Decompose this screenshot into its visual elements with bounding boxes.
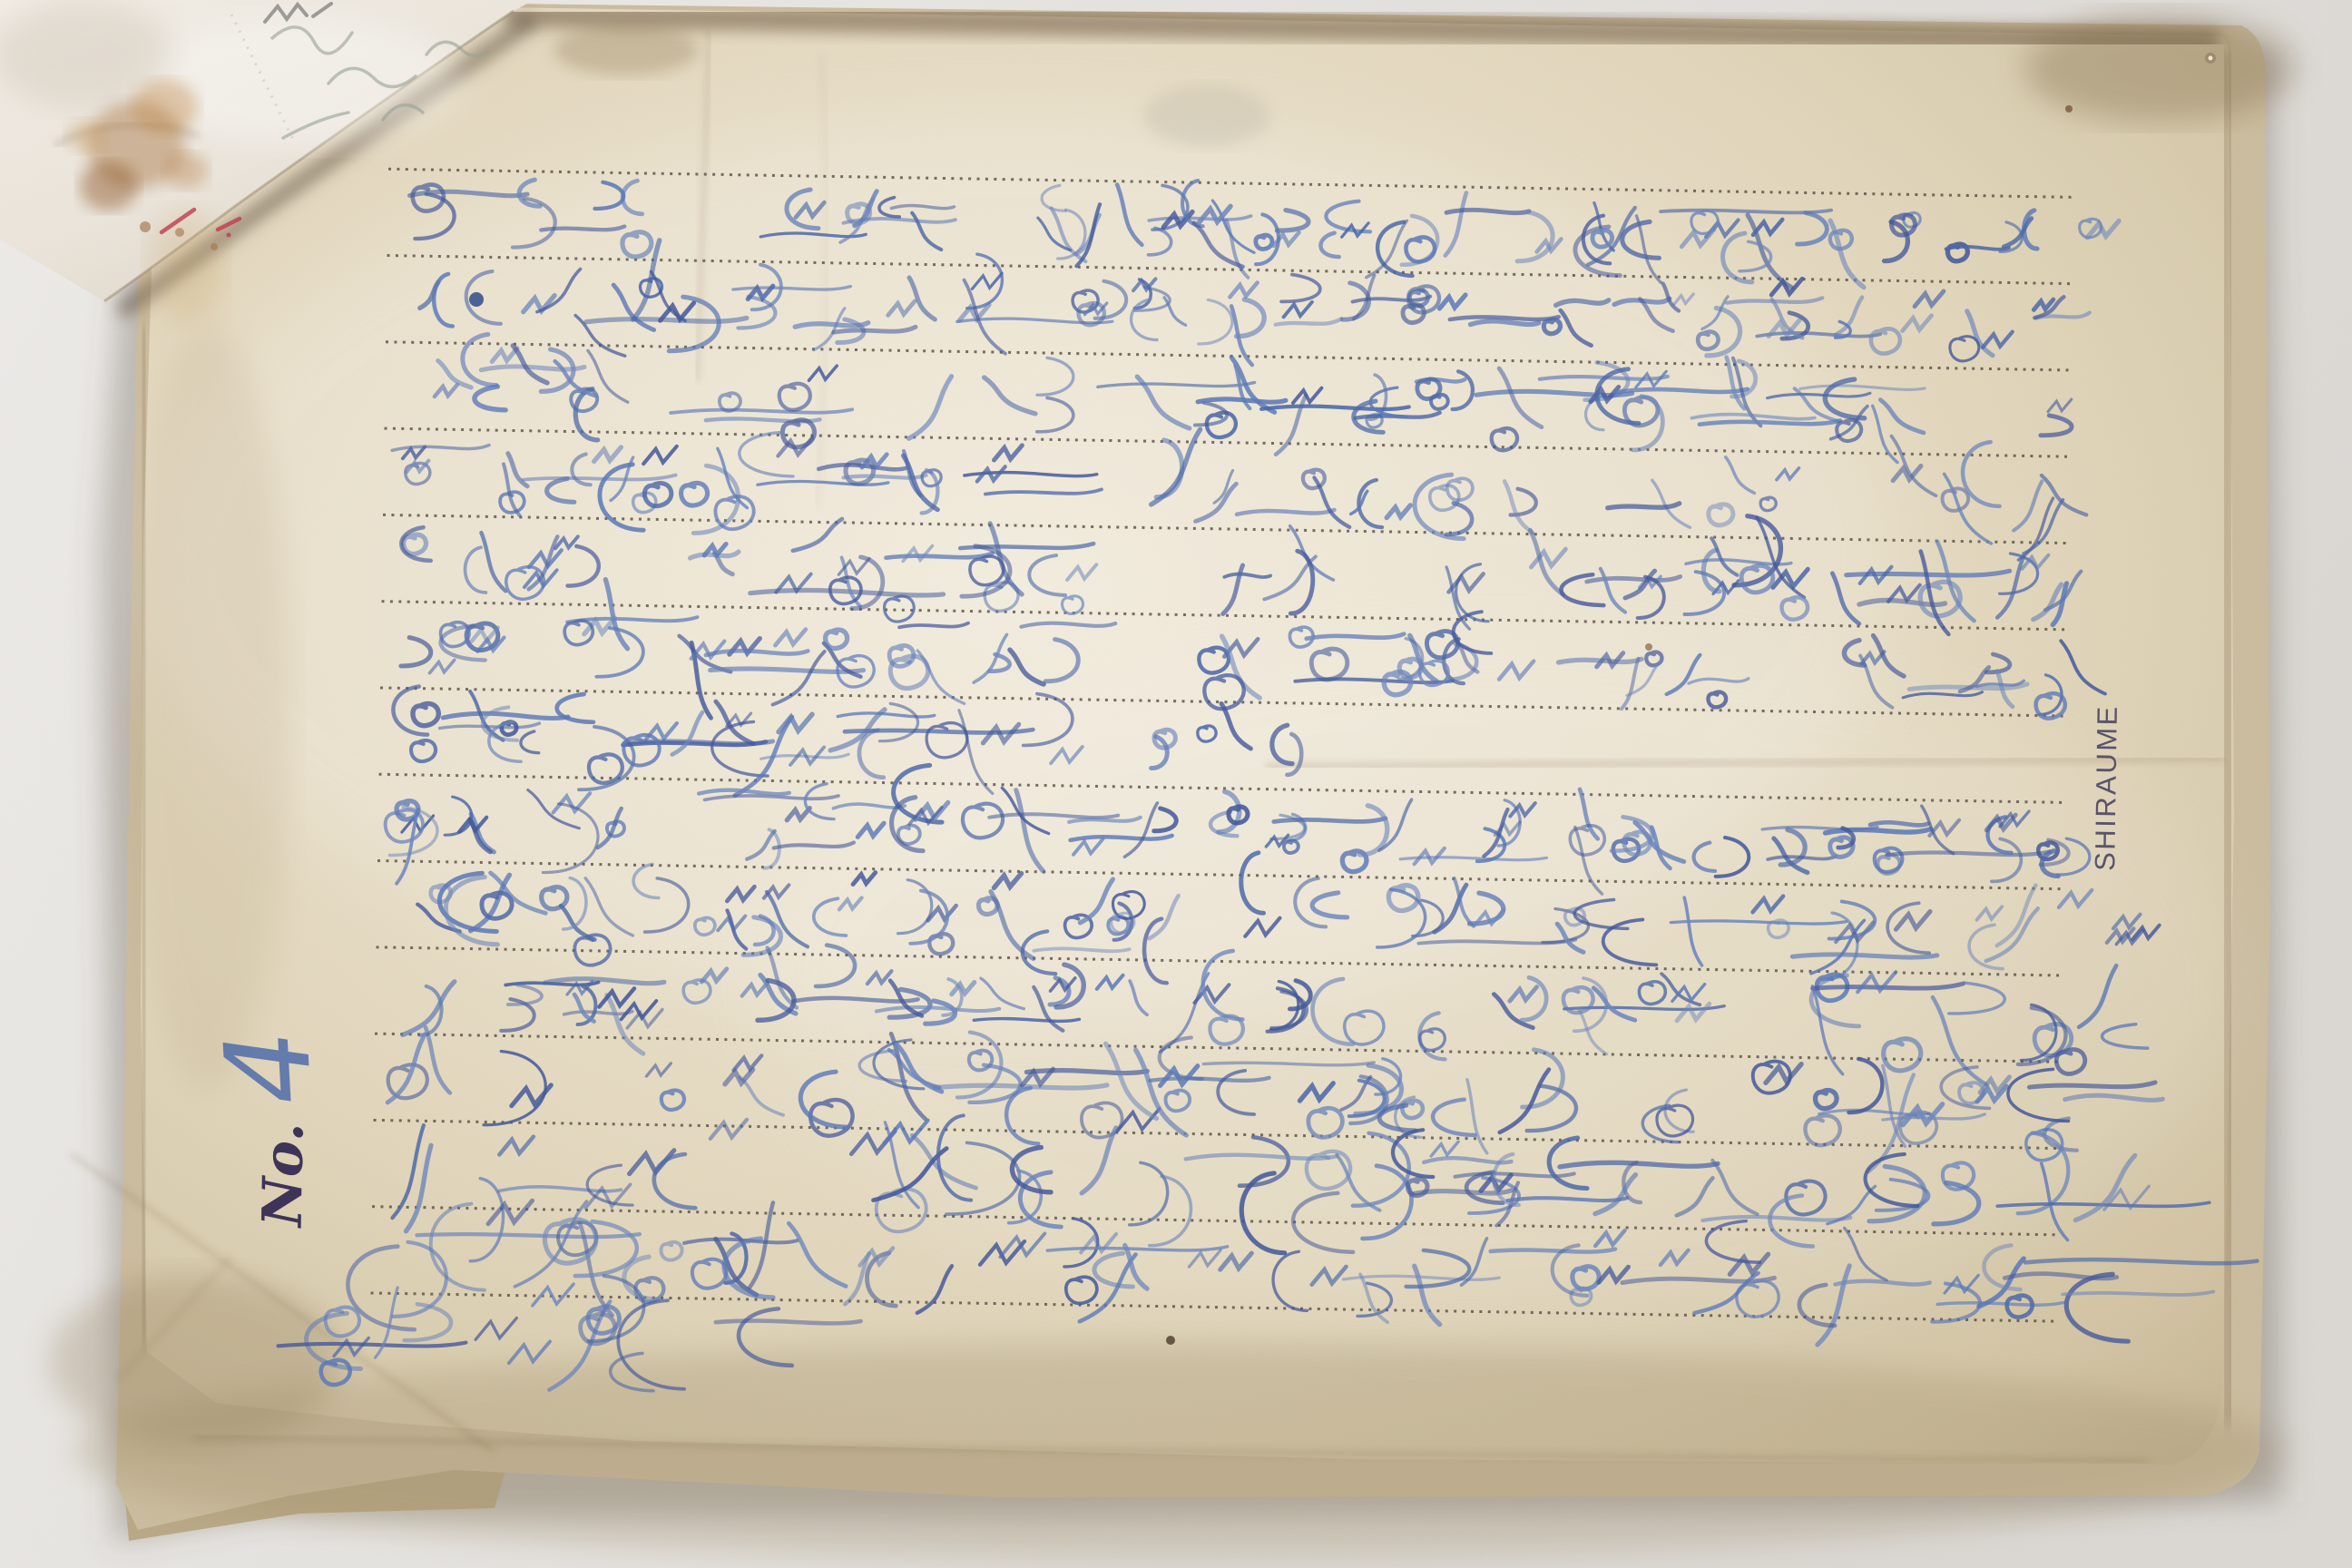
- photo-grain: [0, 0, 2352, 1568]
- photo-canvas: SHIRAUME No. 4: [0, 0, 2352, 1568]
